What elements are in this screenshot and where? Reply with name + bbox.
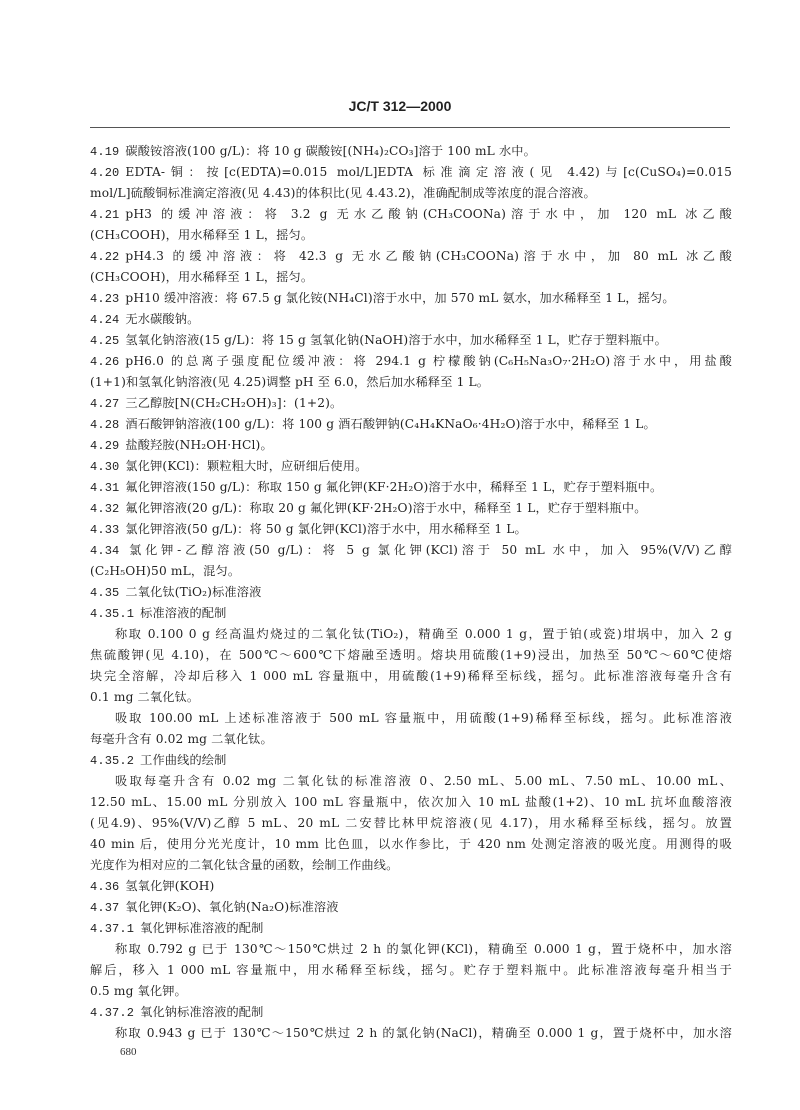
clause-text: pH4.3 的缓冲溶液：将 42.3 g 无水乙酸钠(CH₃COONa)溶于水中… <box>125 249 732 263</box>
standard-id-header: JC/T 312—2000 <box>0 98 800 114</box>
clause-text: 0.5 mg 氧化钾。 <box>90 984 187 998</box>
clause-text: 氟化钾溶液(150 g/L)：称取 150 g 氟化钾(KF·2H₂O)溶于水中… <box>125 480 662 494</box>
clause-text: 标准溶液的配制 <box>140 606 226 620</box>
clause-number: 4.23 <box>90 289 119 310</box>
clause-line: 4.26pH6.0 的总离子强度配位缓冲液：将 294.1 g 柠檬酸钠(C₆H… <box>90 351 732 372</box>
clause-text: 每毫升含有 0.02 mg 二氧化钛。 <box>90 732 273 746</box>
text-line: 吸取 100.00 mL 上述标准溶液于 500 mL 容量瓶中，用硫酸(1+9… <box>90 708 732 729</box>
clause-text: 工作曲线的绘制 <box>140 753 226 767</box>
text-line: 解后，移入 1 000 mL 容量瓶中，用水稀释至标线，摇匀。贮存于塑料瓶中。此… <box>90 960 732 981</box>
clause-number: 4.20 <box>90 163 119 184</box>
clause-line: 4.29盐酸羟胺(NH₂OH·HCl)。 <box>90 435 732 456</box>
clause-text: 氧化钾标准溶液的配制 <box>140 921 263 935</box>
clause-number: 4.28 <box>90 415 119 436</box>
clause-line: 4.21pH3 的缓冲溶液：将 3.2 g 无水乙酸钠(CH₃COONa)溶于水… <box>90 204 732 225</box>
header-rule <box>90 127 730 128</box>
clause-number: 4.26 <box>90 352 119 373</box>
clause-text: 碳酸铵溶液(100 g/L)：将 10 g 碳酸铵[(NH₄)₂CO₃]溶于 1… <box>125 144 536 158</box>
clause-text: pH10 缓冲溶液：将 67.5 g 氯化铵(NH₄Cl)溶于水中，加 570 … <box>125 291 674 305</box>
clause-text: 吸取每毫升含有 0.02 mg 二氧化钛的标准溶液 0、2.50 mL、5.00… <box>115 774 732 788</box>
clause-text: 氯化钾(KCl)：颗粒粗大时，应研细后使用。 <box>125 459 367 473</box>
text-line: (CH₃COOH)，用水稀释至 1 L，摇匀。 <box>90 267 732 288</box>
clause-text: 焦硫酸钾(见 4.10)，在 500℃～600℃下熔融至透明。熔块用硫酸(1+9… <box>90 648 732 662</box>
clause-number: 4.27 <box>90 394 119 415</box>
clause-line: 4.37氧化钾(K₂O)、氧化钠(Na₂O)标准溶液 <box>90 897 732 918</box>
clause-number: 4.19 <box>90 142 119 163</box>
clause-text: 酒石酸钾钠溶液(100 g/L)：将 100 g 酒石酸钾钠(C₄H₄KNaO₆… <box>125 417 655 431</box>
text-line: 称取 0.943 g 已于 130℃～150℃烘过 2 h 的氯化钠(NaCl)… <box>90 1023 732 1044</box>
clause-line: 4.24无水碳酸钠。 <box>90 309 732 330</box>
clause-text: EDTA-铜：按[c(EDTA)=0.015 mol/L]EDTA 标准滴定溶液… <box>125 165 732 179</box>
clause-number: 4.37 <box>90 898 119 919</box>
clause-text: 0.1 mg 二氧化钛。 <box>90 690 199 704</box>
clause-text: (CH₃COOH)，用水稀释至 1 L，摇匀。 <box>90 228 313 242</box>
text-line: 12.50 mL、15.00 mL 分别放入 100 mL 容量瓶中，依次加入 … <box>90 792 732 813</box>
clause-line: 4.37.2氧化钠标准溶液的配制 <box>90 1002 732 1023</box>
clause-number: 4.21 <box>90 205 119 226</box>
clause-number: 4.35 <box>90 583 119 604</box>
clause-text: 三乙醇胺[N(CH₂CH₂OH)₃]：(1+2)。 <box>125 396 342 410</box>
clause-text: 称取 0.792 g 已于 130℃～150℃烘过 2 h 的氯化钾(KCl)，… <box>115 942 732 956</box>
text-line: 每毫升含有 0.02 mg 二氧化钛。 <box>90 729 732 750</box>
clause-number: 4.24 <box>90 310 119 331</box>
clause-number: 4.31 <box>90 478 119 499</box>
text-line: (C₂H₅OH)50 mL，混匀。 <box>90 561 732 582</box>
clause-text: pH6.0 的总离子强度配位缓冲液：将 294.1 g 柠檬酸钠(C₆H₅Na₃… <box>125 354 732 368</box>
clause-number: 4.37.1 <box>90 919 134 940</box>
clause-number: 4.35.2 <box>90 751 134 772</box>
text-line: 称取 0.792 g 已于 130℃～150℃烘过 2 h 的氯化钾(KCl)，… <box>90 939 732 960</box>
clause-line: 4.35.2工作曲线的绘制 <box>90 750 732 771</box>
clause-number: 4.29 <box>90 436 119 457</box>
text-line: (见4.9)、95%(V/V)乙醇 5 mL、20 mL 二安替比林甲烷溶液(见… <box>90 813 732 834</box>
clause-number: 4.32 <box>90 499 119 520</box>
text-line: 光度作为相对应的二氧化钛含量的函数，绘制工作曲线。 <box>90 855 732 876</box>
clause-line: 4.20EDTA-铜：按[c(EDTA)=0.015 mol/L]EDTA 标准… <box>90 162 732 183</box>
clause-text: 吸取 100.00 mL 上述标准溶液于 500 mL 容量瓶中，用硫酸(1+9… <box>115 711 732 725</box>
clause-number: 4.30 <box>90 457 119 478</box>
clause-text: 40 min 后，使用分光光度计，10 mm 比色皿，以水作参比，于 420 n… <box>90 837 732 851</box>
clause-text: (1+1)和氢氧化钠溶液(见 4.25)调整 pH 至 6.0，然后加水稀释至 … <box>90 375 489 389</box>
clause-number: 4.37.2 <box>90 1003 134 1024</box>
clause-text: 称取 0.943 g 已于 130℃～150℃烘过 2 h 的氯化钠(NaCl)… <box>115 1026 732 1040</box>
document-page: JC/T 312—2000 4.19碳酸铵溶液(100 g/L)：将 10 g … <box>0 0 800 1110</box>
text-line: 块完全溶解，冷却后移入 1 000 mL 容量瓶中，用硫酸(1+9)稀释至标线，… <box>90 666 732 687</box>
clause-line: 4.34氯化钾-乙醇溶液(50 g/L)：将 5 g 氯化钾(KCl)溶于 50… <box>90 540 732 561</box>
clause-line: 4.28酒石酸钾钠溶液(100 g/L)：将 100 g 酒石酸钾钠(C₄H₄K… <box>90 414 732 435</box>
clause-text: 氧化钠标准溶液的配制 <box>140 1005 263 1019</box>
clause-text: (见4.9)、95%(V/V)乙醇 5 mL、20 mL 二安替比林甲烷溶液(见… <box>90 816 732 830</box>
clause-number: 4.33 <box>90 520 119 541</box>
clause-line: 4.25氢氧化钠溶液(15 g/L)：将 15 g 氢氧化钠(NaOH)溶于水中… <box>90 330 732 351</box>
clause-text: 氢氧化钾(KOH) <box>125 879 214 893</box>
clause-text: 氯化钾溶液(50 g/L)：将 50 g 氯化钾(KCl)溶于水中，用水稀释至 … <box>125 522 526 536</box>
clause-number: 4.36 <box>90 877 119 898</box>
clause-text: 无水碳酸钠。 <box>125 312 199 326</box>
clause-text: mol/L]硫酸铜标准滴定溶液(见 4.43)的体积比(见 4.43.2)，准确… <box>90 186 596 200</box>
text-line: mol/L]硫酸铜标准滴定溶液(见 4.43)的体积比(见 4.43.2)，准确… <box>90 183 732 204</box>
clause-text: (CH₃COOH)，用水稀释至 1 L，摇匀。 <box>90 270 313 284</box>
page-number: 680 <box>120 1046 137 1058</box>
clause-line: 4.35二氧化钛(TiO₂)标准溶液 <box>90 582 732 603</box>
document-body: 4.19碳酸铵溶液(100 g/L)：将 10 g 碳酸铵[(NH₄)₂CO₃]… <box>90 141 732 1044</box>
clause-text: (C₂H₅OH)50 mL，混匀。 <box>90 564 240 578</box>
text-line: 40 min 后，使用分光光度计，10 mm 比色皿，以水作参比，于 420 n… <box>90 834 732 855</box>
clause-number: 4.35.1 <box>90 604 134 625</box>
clause-text: 盐酸羟胺(NH₂OH·HCl)。 <box>125 438 272 452</box>
clause-number: 4.22 <box>90 247 119 268</box>
clause-line: 4.22pH4.3 的缓冲溶液：将 42.3 g 无水乙酸钠(CH₃COONa)… <box>90 246 732 267</box>
clause-text: 氢氧化钠溶液(15 g/L)：将 15 g 氢氧化钠(NaOH)溶于水中，加水稀… <box>125 333 667 347</box>
clause-line: 4.27三乙醇胺[N(CH₂CH₂OH)₃]：(1+2)。 <box>90 393 732 414</box>
clause-line: 4.19碳酸铵溶液(100 g/L)：将 10 g 碳酸铵[(NH₄)₂CO₃]… <box>90 141 732 162</box>
clause-line: 4.23pH10 缓冲溶液：将 67.5 g 氯化铵(NH₄Cl)溶于水中，加 … <box>90 288 732 309</box>
clause-number: 4.34 <box>90 541 119 562</box>
clause-text: 氟化钾溶液(20 g/L)：称取 20 g 氟化钾(KF·2H₂O)溶于水中，稀… <box>125 501 646 515</box>
clause-text: 解后，移入 1 000 mL 容量瓶中，用水稀释至标线，摇匀。贮存于塑料瓶中。此… <box>90 963 732 977</box>
clause-text: 氧化钾(K₂O)、氧化钠(Na₂O)标准溶液 <box>125 900 338 914</box>
clause-text: 二氧化钛(TiO₂)标准溶液 <box>125 585 261 599</box>
text-line: 焦硫酸钾(见 4.10)，在 500℃～600℃下熔融至透明。熔块用硫酸(1+9… <box>90 645 732 666</box>
clause-number: 4.25 <box>90 331 119 352</box>
text-line: 0.5 mg 氧化钾。 <box>90 981 732 1002</box>
text-line: (1+1)和氢氧化钠溶液(见 4.25)调整 pH 至 6.0，然后加水稀释至 … <box>90 372 732 393</box>
clause-text: 块完全溶解，冷却后移入 1 000 mL 容量瓶中，用硫酸(1+9)稀释至标线，… <box>90 669 732 683</box>
clause-line: 4.35.1标准溶液的配制 <box>90 603 732 624</box>
clause-text: 12.50 mL、15.00 mL 分别放入 100 mL 容量瓶中，依次加入 … <box>90 795 732 809</box>
text-line: 0.1 mg 二氧化钛。 <box>90 687 732 708</box>
clause-text: pH3 的缓冲溶液：将 3.2 g 无水乙酸钠(CH₃COONa)溶于水中，加 … <box>125 207 732 221</box>
clause-line: 4.33氯化钾溶液(50 g/L)：将 50 g 氯化钾(KCl)溶于水中，用水… <box>90 519 732 540</box>
clause-line: 4.32氟化钾溶液(20 g/L)：称取 20 g 氟化钾(KF·2H₂O)溶于… <box>90 498 732 519</box>
clause-text: 光度作为相对应的二氧化钛含量的函数，绘制工作曲线。 <box>90 858 398 872</box>
clause-line: 4.30氯化钾(KCl)：颗粒粗大时，应研细后使用。 <box>90 456 732 477</box>
text-line: (CH₃COOH)，用水稀释至 1 L，摇匀。 <box>90 225 732 246</box>
clause-line: 4.37.1氧化钾标准溶液的配制 <box>90 918 732 939</box>
clause-text: 称取 0.100 0 g 经高温灼烧过的二氧化钛(TiO₂)，精确至 0.000… <box>115 627 732 641</box>
clause-line: 4.31氟化钾溶液(150 g/L)：称取 150 g 氟化钾(KF·2H₂O)… <box>90 477 732 498</box>
clause-line: 4.36氢氧化钾(KOH) <box>90 876 732 897</box>
text-line: 吸取每毫升含有 0.02 mg 二氧化钛的标准溶液 0、2.50 mL、5.00… <box>90 771 732 792</box>
clause-text: 氯化钾-乙醇溶液(50 g/L)：将 5 g 氯化钾(KCl)溶于 50 mL … <box>125 543 732 557</box>
text-line: 称取 0.100 0 g 经高温灼烧过的二氧化钛(TiO₂)，精确至 0.000… <box>90 624 732 645</box>
